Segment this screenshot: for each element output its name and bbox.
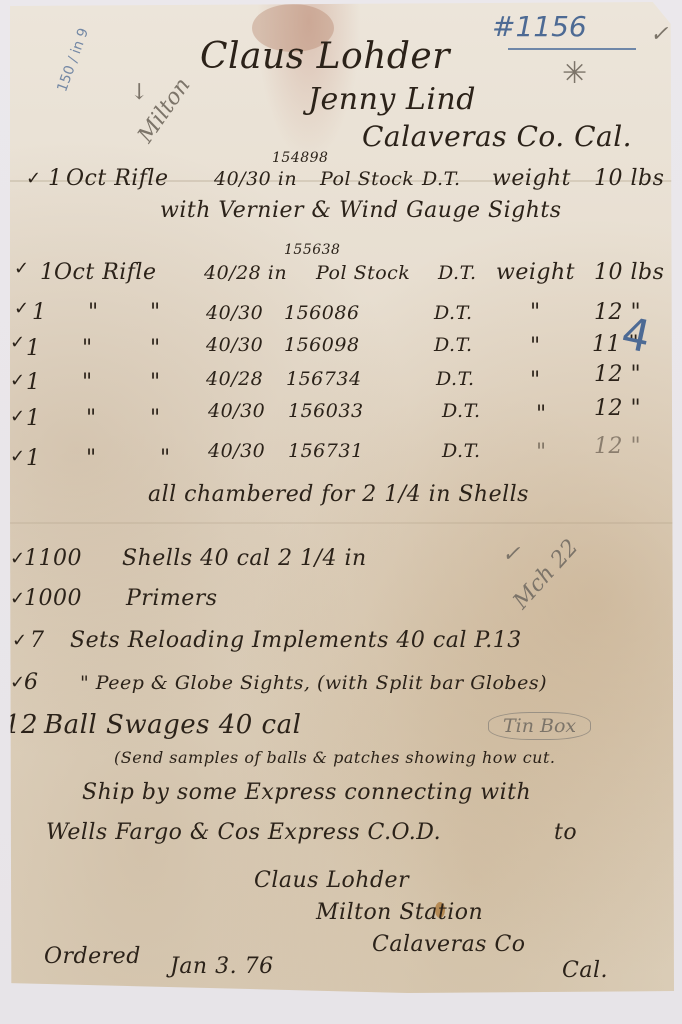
check-mark-icon: ✓ (10, 672, 25, 693)
shipping-to: to (554, 820, 577, 845)
item-qty: 1 (26, 446, 41, 471)
item-caliber: 40/28 (206, 368, 263, 390)
item-serial: 156098 (284, 334, 360, 356)
signature-state: Cal. (562, 958, 608, 983)
samples-note: (Send samples of balls & patches showing… (114, 748, 555, 767)
shipping-instruction-line2: Wells Fargo & Cos Express C.O.D. (46, 820, 441, 845)
item-ditto: " (150, 370, 161, 395)
check-mark-icon: ✓ (10, 548, 25, 569)
supply-qty: 7 (30, 628, 45, 653)
item-qty: 1 (48, 166, 63, 191)
item-ditto: " (150, 300, 161, 325)
ordered-label: Ordered (44, 944, 141, 969)
item-weight: 12 " (594, 362, 641, 387)
arrow-down-icon: ↓ (130, 80, 148, 105)
item-stock: Pol Stock (316, 262, 410, 284)
order-line-item: ✓ 1 " " 40/30 156098 D.T. " 11 " (10, 330, 674, 360)
supply-qty: 1100 (24, 546, 82, 571)
item-action: D.T. (442, 440, 481, 462)
item-weight-label: " (536, 402, 547, 427)
item-action: D.T. (434, 302, 473, 324)
supply-item: Sets Reloading Implements 40 cal P.13 (70, 628, 522, 653)
item-weight: 10 lbs (594, 260, 664, 285)
supply-qty: 12 (4, 710, 38, 740)
supply-line-item: ✓ 1000 Primers (10, 586, 674, 616)
item-ditto: " (86, 446, 97, 471)
item-caliber: 40/30 (206, 302, 263, 324)
order-line-item: ✓ 1 " " 40/30 156731 D.T. " 12 " (10, 438, 674, 468)
item-weight-label: " (530, 334, 541, 359)
item-weight-label: weight (492, 166, 571, 191)
item-caliber: 40/30 (208, 440, 265, 462)
chambered-note: all chambered for 2 1/4 in Shells (148, 482, 529, 507)
item-caliber: 40/28 in (204, 262, 287, 284)
item-serial: 156734 (286, 368, 362, 390)
check-mark-icon: ✓ (14, 298, 29, 319)
header-name: Claus Lohder (200, 36, 450, 77)
item-ditto: " (150, 336, 161, 361)
item-ditto: " (82, 336, 93, 361)
check-mark-icon: ✓ (650, 22, 668, 47)
item-name: Oct Rifle (66, 166, 169, 191)
order-line-item: ✓ 1 Oct Rifle 40/30 in 154898 Pol Stock … (10, 162, 674, 192)
item-action: D.T. (436, 368, 475, 390)
item-action: D.T. (434, 334, 473, 356)
item-qty: 1 (40, 260, 55, 285)
check-mark-icon: ✓ (10, 588, 25, 609)
item-weight-label: weight (496, 260, 575, 285)
order-line-item: ✓ 1 " " 40/30 156033 D.T. " 12 " (10, 400, 674, 430)
item-serial: 156086 (284, 302, 360, 324)
item-weight: 12 " (594, 396, 641, 421)
item-note: with Vernier & Wind Gauge Sights (160, 198, 562, 223)
item-weight: 12 " (594, 434, 641, 459)
item-weight: 10 lbs (594, 166, 664, 191)
item-ditto: " (86, 406, 97, 431)
supply-item: Shells 40 cal 2 1/4 in (122, 546, 367, 571)
item-ditto: " (150, 406, 161, 431)
order-line-item: ✓ 1 " " 40/30 156086 D.T. " 12 " (10, 296, 674, 326)
margin-note-blue: 150 / in 9 (54, 26, 92, 94)
order-line-item: ✓ 1 " " 40/28 156734 D.T. " 12 " (10, 366, 674, 396)
supply-qty: 6 (24, 670, 39, 695)
item-action: D.T. (422, 168, 461, 190)
item-serial: 154898 (272, 150, 328, 166)
signature-name: Claus Lohder (254, 868, 409, 893)
item-caliber: 40/30 (206, 334, 263, 356)
check-mark-icon: ✓ (10, 446, 25, 467)
check-mark-icon: ✓ (12, 630, 27, 651)
star-icon: ✳ (562, 56, 587, 91)
item-caliber: 40/30 in (214, 168, 297, 190)
header-place: Jenny Lind (308, 82, 476, 117)
check-mark-icon: ✓ (26, 168, 41, 189)
order-line-item: ✓ 1 Oct Rifle 40/28 in 155638 Pol Stock … (10, 256, 674, 286)
item-serial: 156033 (288, 400, 364, 422)
document-viewport: #1156 ✓ 150 / in 9 Milton ↓ ✳ Claus Lohd… (0, 0, 682, 1024)
order-number: #1156 (492, 10, 587, 43)
check-mark-icon: ✓ (502, 542, 520, 567)
supply-qty: 1000 (24, 586, 82, 611)
item-weight-label: " (530, 368, 541, 393)
order-number-underline (508, 48, 636, 50)
item-serial: 155638 (284, 242, 340, 258)
pencil-note-tin-box: Tin Box (488, 712, 591, 740)
item-action: D.T. (442, 400, 481, 422)
item-qty: 1 (32, 300, 47, 325)
ordered-date: Jan 3. 76 (170, 954, 274, 979)
supply-item: " Peep & Globe Sights, (with Split bar G… (80, 672, 547, 694)
check-mark-icon: ✓ (14, 258, 29, 279)
item-qty: 1 (26, 370, 41, 395)
item-caliber: 40/30 (208, 400, 265, 422)
shipping-instruction-line1: Ship by some Express connecting with (82, 780, 531, 805)
check-mark-icon: ✓ (10, 332, 25, 353)
header-county: Calaveras Co. Cal. (362, 120, 632, 153)
item-qty: 1 (26, 336, 41, 361)
check-mark-icon: ✓ (10, 370, 25, 391)
supply-item: Ball Swages 40 cal (44, 710, 301, 740)
check-mark-icon: ✓ (10, 406, 25, 427)
supply-line-item: ✓ 7 Sets Reloading Implements 40 cal P.1… (10, 628, 674, 658)
item-name: Oct Rifle (54, 260, 157, 285)
paper-fold (10, 522, 674, 524)
letter-paper: #1156 ✓ 150 / in 9 Milton ↓ ✳ Claus Lohd… (10, 2, 674, 996)
signature-location: Milton Station (316, 900, 483, 925)
item-stock: Pol Stock (320, 168, 414, 190)
item-qty: 1 (26, 406, 41, 431)
signature-county: Calaveras Co (372, 932, 526, 957)
item-ditto: " (88, 300, 99, 325)
item-weight-label: " (536, 440, 547, 465)
item-action: D.T. (438, 262, 477, 284)
supply-item: Primers (126, 586, 218, 611)
item-ditto: " (160, 446, 171, 471)
item-ditto: " (82, 370, 93, 395)
item-serial: 156731 (288, 440, 364, 462)
item-weight-label: " (530, 300, 541, 325)
supply-line-item: ✓ 6 " Peep & Globe Sights, (with Split b… (10, 670, 674, 700)
